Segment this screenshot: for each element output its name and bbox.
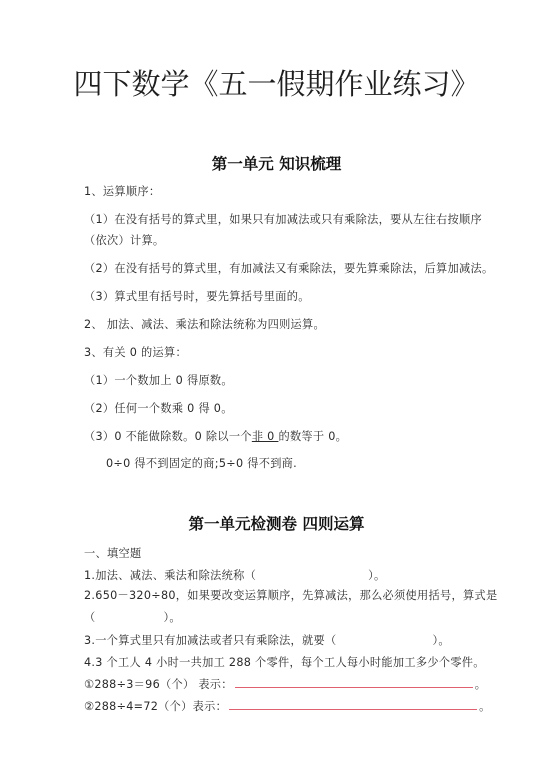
question-4-part-b: ②288÷4=72（个）表示：。 <box>84 698 491 714</box>
item-3-sub-2: （2）任何一个数乘 0 得 0。 <box>84 400 233 416</box>
item-3-sub-3-post: 的数等于 0。 <box>278 430 347 443</box>
item-3-sub-3-pre: （3）0 不能做除数。0 除以一个 <box>84 430 252 443</box>
item-1-label: 1、运算顺序： <box>84 183 160 199</box>
question-2-line-1: 2.650－320÷80，如果要改变运算顺序，先算减法，那么必须使用括号，算式是 <box>84 587 497 603</box>
item-3-sub-3-underlined: 非 0 <box>252 430 279 443</box>
question-4-part-a-period: 。 <box>475 678 487 691</box>
item-3-label: 3、有关 0 的运算： <box>84 344 187 360</box>
item-3-sub-3: （3）0 不能做除数。0 除以一个非 0 的数等于 0。 <box>84 428 347 444</box>
question-1-close: ）。 <box>368 569 385 582</box>
item-1-sub-1-line-2: （依次）计算。 <box>84 232 164 248</box>
document-title: 四下数学《五一假期作业练习》 <box>0 62 553 103</box>
question-2-open: （ <box>84 611 96 624</box>
question-4-part-b-answer-line[interactable] <box>229 708 477 710</box>
question-4-part-b-period: 。 <box>479 700 491 713</box>
question-4-part-a: ①288÷3＝96（个） 表示：。 <box>84 676 486 692</box>
item-1-sub-2: （2）在没有括号的算式里，有加减法又有乘除法，要先算乘除法，后算加减法。 <box>84 260 493 276</box>
question-1-text: 1.加法、减法、乘法和除法统称（ <box>84 569 256 582</box>
question-1: 1.加法、减法、乘法和除法统称（）。 <box>84 567 386 583</box>
question-2-close: ）。 <box>164 611 181 624</box>
question-3-text: 3.一个算式里只有加减法或者只有乘除法，就要（ <box>84 634 337 647</box>
section-heading-knowledge-review: 第一单元 知识梳理 <box>0 152 553 174</box>
question-3-close: ）。 <box>433 634 450 647</box>
section-heading-unit-test: 第一单元检测卷 四则运算 <box>0 512 553 534</box>
item-1-sub-1-line-1: （1）在没有括号的算式里，如果只有加减法或只有乘除法，要从左往右按顺序 <box>84 211 482 227</box>
question-4-part-a-answer-line[interactable] <box>235 686 473 688</box>
part-label-fill-in-blanks: 一、填空题 <box>84 545 141 561</box>
item-2: 2、 加法、减法、乘法和除法统称为四则运算。 <box>84 316 325 332</box>
item-3-note: 0÷0 得不到固定的商;5÷0 得不到商. <box>106 455 297 471</box>
question-4-part-a-text: ①288÷3＝96（个） 表示： <box>84 678 233 691</box>
item-3-sub-1: （1）一个数加上 0 得原数。 <box>84 372 233 388</box>
item-1-sub-3: （3）算式里有括号时，要先算括号里面的。 <box>84 288 310 304</box>
question-3: 3.一个算式里只有加减法或者只有乘除法，就要（）。 <box>84 632 450 648</box>
question-2-line-2: （）。 <box>84 609 181 625</box>
question-4: 4.3 个工人 4 小时一共加工 288 个零件，每个工人每小时能加工多少个零件… <box>84 654 485 670</box>
question-4-part-b-text: ②288÷4=72（个）表示： <box>84 700 227 713</box>
